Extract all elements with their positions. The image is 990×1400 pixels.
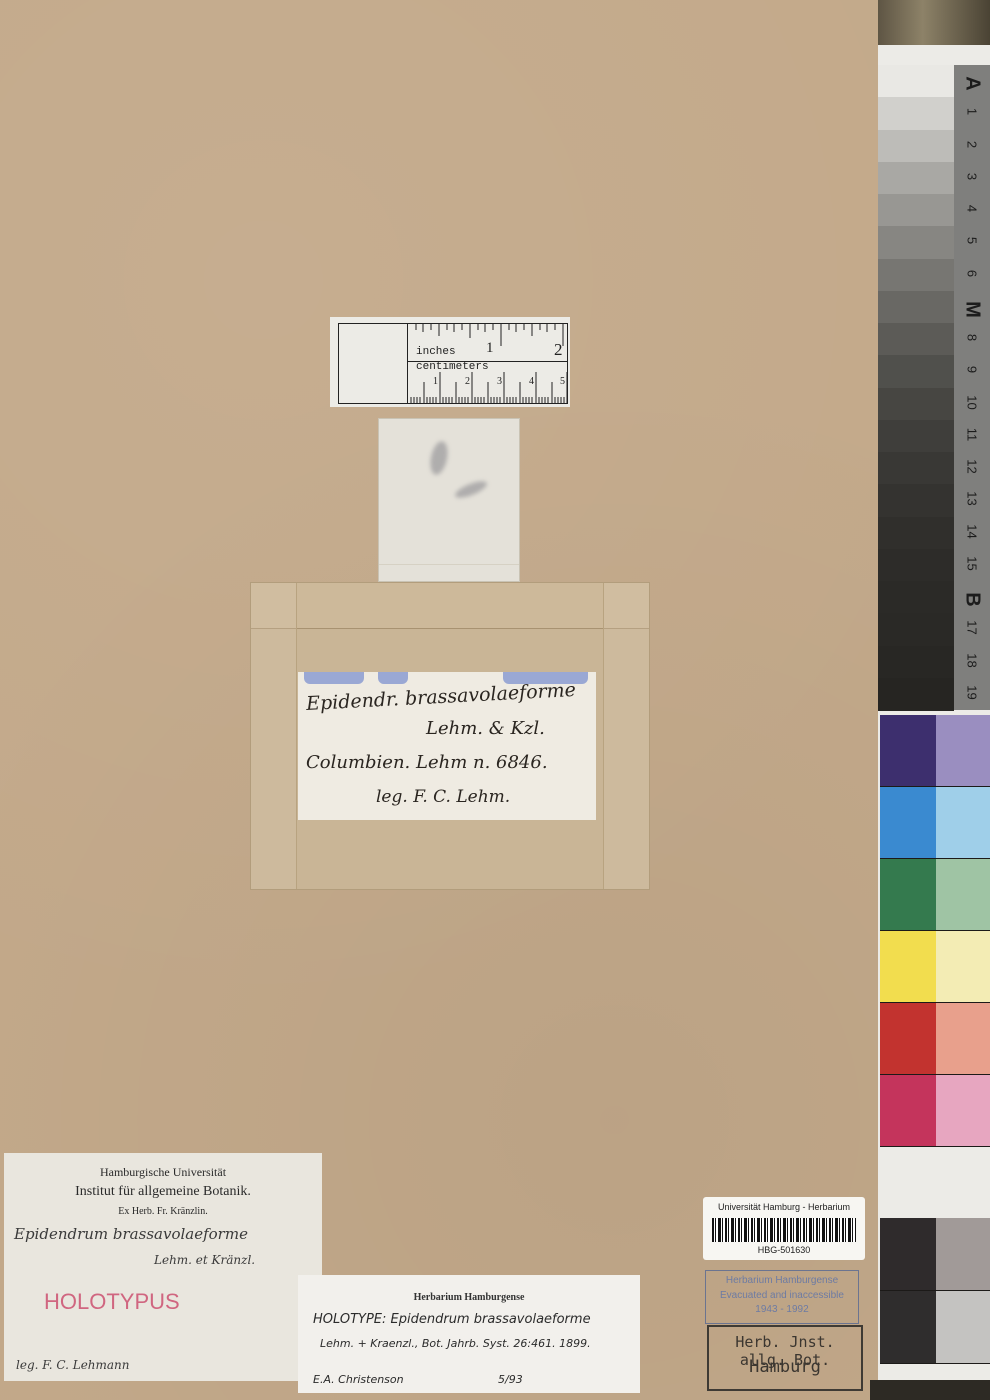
ruler-inches-label: inches [416,346,456,358]
color-patch [880,787,937,859]
plant-fragment [428,440,451,477]
institute-ex-herb: Ex Herb. Fr. Kränzlin. [4,1206,322,1217]
gray-step-label: 3 [965,158,980,194]
color-patch [880,1075,937,1147]
gray-patch [880,1291,936,1364]
ruler-scale-area: inches 1 2 centimeters 1 2 3 4 5 [407,324,568,403]
gray-step-label: 14 [965,513,980,549]
gray-step-label: 17 [965,610,980,646]
gray-step [878,194,954,227]
gray-step [878,130,954,163]
institute-collector-hand: leg. F. C. Lehmann [16,1358,130,1372]
gray-step [878,549,954,582]
gray-step [878,420,954,453]
ruler-cm-3: 3 [497,376,502,387]
gray-step-label: 8 [965,320,980,356]
gray-step [878,388,954,421]
herbarium-sheet: inches 1 2 centimeters 1 2 3 4 5 Epi [0,0,878,1400]
gray-patch [880,1218,936,1291]
gray-step [878,678,954,711]
color-patch [936,1075,990,1147]
color-patch [936,715,990,787]
color-patch [936,931,990,1003]
ink-stain [378,672,408,684]
packet-fold [379,564,519,565]
evacuation-stamp-line3: 1943 - 1992 [706,1304,858,1315]
envelope-flap [251,583,649,629]
annotation-line2: Lehm. + Kraenzl., Bot. Jahrb. Syst. 26:4… [320,1337,591,1350]
color-patch [880,1003,937,1075]
evacuation-stamp-line2: Evacuated and inaccessible [706,1290,858,1301]
gray-step-label: 2 [965,126,980,162]
label-locality: Columbien. Lehm n. 6846. [306,752,548,773]
gray-step [878,65,954,98]
gray-step [878,646,954,679]
scanner-background-bottom [870,1380,990,1400]
label-collector: leg. F. C. Lehm. [376,787,510,807]
ruler-cm-2: 2 [465,376,470,387]
gray-step [878,97,954,130]
evacuation-stamp-line1: Herbarium Hamburgense [706,1275,858,1286]
barcode-id: HBG-501630 [703,1245,865,1255]
ruler-cm-5: 5 [560,376,565,387]
barcode-icon [712,1218,856,1242]
annotation-date: 5/93 [498,1373,523,1386]
annotation-annotator: E.A. Christenson [313,1373,404,1386]
color-patch [936,859,990,931]
gray-step-label: 10 [965,384,980,420]
color-calibration-card: A123456M89101112131415B171819 [878,45,990,1380]
gray-patch [936,1291,990,1364]
gray-step-label: 6 [965,255,980,291]
annotation-title: Herbarium Hamburgense [298,1292,640,1303]
gray-step [878,517,954,550]
ruler-cm-1: 1 [433,376,438,387]
ruler-cm-4: 4 [529,376,534,387]
ruler-cm-label: centimeters [416,361,489,373]
ruler-inch-1: 1 [486,340,494,357]
scale-ruler: inches 1 2 centimeters 1 2 3 4 5 [330,317,570,407]
gray-step [878,452,954,485]
institute-label: Hamburgische Universität Institut für al… [4,1153,322,1381]
gray-step-label: 1 [965,94,980,130]
annotation-line1: HOLOTYPE: Epidendrum brassavolaeforme [313,1312,591,1327]
color-patch [936,1003,990,1075]
envelope-side-right [603,583,649,889]
plant-fragment [453,478,489,501]
label-authors: Lehm. & Kzl. [426,718,545,739]
color-patch [880,859,937,931]
gray-step-label: 15 [965,545,980,581]
envelope-side-left [251,583,297,889]
institute-stamp: Herb. Jnst. allg. Bot. Hamburg [707,1325,863,1391]
institute-stamp-line2: Hamburg [709,1357,861,1377]
ink-stain [304,672,364,684]
gray-step [878,355,954,388]
gray-step [878,162,954,195]
institute-authors-hand: Lehm. et Kränzl. [154,1253,255,1267]
color-patch [880,931,937,1003]
scanner-background [878,0,990,45]
gray-step [878,323,954,356]
gray-step-label: 18 [965,642,980,678]
gray-step [878,484,954,517]
institute-name: Institut für allgemeine Botanik. [4,1184,322,1200]
ruler-inch-2: 2 [554,340,563,360]
evacuation-stamp: Herbarium Hamburgense Evacuated and inac… [705,1270,859,1324]
gray-step [878,613,954,646]
gray-step-label: 5 [965,223,980,259]
gray-step [878,226,954,259]
institute-species-hand: Epidendrum brassavolaeforme [14,1225,248,1243]
holotype-annotation-label: Herbarium Hamburgense HOLOTYPE: Epidendr… [298,1275,640,1393]
ruler-frame: inches 1 2 centimeters 1 2 3 4 5 [338,323,568,404]
color-patch [880,715,937,787]
institute-university: Hamburgische Universität [4,1165,322,1180]
gray-step-label: 19 [965,674,980,710]
fragment-packet [378,418,520,582]
original-collection-label: Epidendr. brassavolaeforme Lehm. & Kzl. … [298,672,596,820]
gray-step [878,259,954,292]
holotypus-stamp: HOLOTYPUS [44,1289,180,1315]
barcode-title: Universität Hamburg - Herbarium [703,1202,865,1212]
label-taxon: Epidendr. brassavolaeforme [306,679,577,715]
barcode-label: Universität Hamburg - Herbarium HBG-5016… [703,1197,865,1260]
gray-step-label: 13 [965,481,980,517]
gray-step-label: 4 [965,191,980,227]
gray-step [878,581,954,614]
gray-step [878,291,954,324]
gray-patch [936,1218,990,1291]
gray-step-label: 12 [965,449,980,485]
gray-step-label: 9 [965,352,980,388]
gray-scale-labels: A123456M89101112131415B171819 [954,65,990,710]
gray-step-label: 11 [965,416,980,452]
color-patch [936,787,990,859]
